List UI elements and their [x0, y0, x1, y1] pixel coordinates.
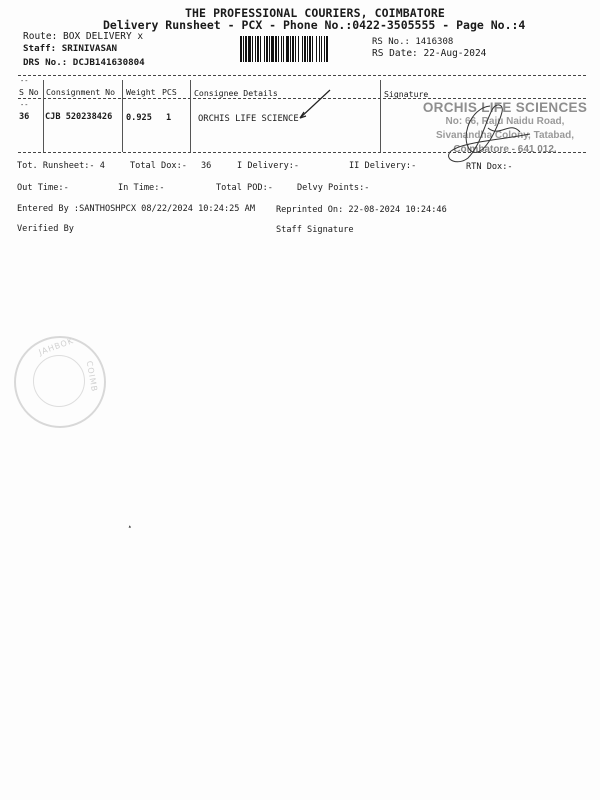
total-pod: Total POD:- — [216, 183, 273, 193]
handwritten-arrow-icon — [290, 86, 340, 126]
cell-pcs: 1 — [166, 113, 171, 123]
seal-text: COIMB — [85, 360, 99, 393]
column-line — [43, 80, 44, 152]
reprinted-on: Reprinted On: 22-08-2024 10:24:46 — [276, 205, 447, 215]
column-line — [190, 80, 191, 152]
staff-signature: Staff Signature — [276, 225, 354, 235]
cell-consignment-no: CJB 520238426 — [45, 112, 112, 122]
tot-runsheet: Tot. Runsheet:- 4 — [17, 161, 105, 171]
barcode-icon — [240, 36, 328, 62]
entered-by: Entered By :SANTHOSHPCX 08/22/2024 10:24… — [17, 204, 255, 214]
drs-number: DRS No.: DCJB141630804 — [23, 57, 145, 68]
column-line — [122, 80, 123, 152]
col-header-consignee: Consignee Details — [194, 88, 278, 98]
route-label: Route: BOX DELIVERY x — [23, 31, 143, 42]
out-time: Out Time:- — [17, 183, 69, 193]
col-header-pcs: PCS — [162, 87, 177, 97]
in-time: In Time:- — [118, 183, 165, 193]
cell-sno: 36 — [19, 112, 29, 122]
total-dox-label: Total Dox:- — [130, 161, 187, 171]
faint-seal-icon: JAHBOK COIMB — [14, 336, 106, 428]
table-bottom-divider — [18, 152, 586, 153]
rtn-dox: RTN Dox:- — [466, 162, 513, 172]
runsheet-subtitle: Delivery Runsheet - PCX - Phone No.:0422… — [103, 18, 525, 32]
column-line — [380, 80, 381, 152]
rs-date: RS Date: 22-Aug-2024 — [372, 48, 486, 59]
total-dox-value: 36 — [201, 161, 211, 171]
verified-by: Verified By — [17, 224, 74, 234]
col-header-consignment: Consignment No — [46, 87, 115, 97]
col-header-sno: S No — [19, 87, 39, 97]
signature-scribble-icon — [430, 98, 550, 168]
i-delivery: I Delivery:- — [237, 161, 299, 171]
ii-delivery: II Delivery:- — [349, 161, 416, 171]
delvy-points: Delvy Points:- — [297, 183, 369, 193]
col-header-weight: Weight — [126, 87, 156, 97]
divider-mark: -- — [20, 101, 28, 109]
divider-mark: -- — [20, 77, 28, 85]
seal-text: JAHBOK — [38, 336, 75, 357]
speck: ▴ — [128, 523, 132, 530]
cell-weight: 0.925 — [126, 113, 152, 123]
rs-number: RS No.: 1416308 — [372, 37, 453, 47]
divider — [18, 75, 586, 76]
staff-label: Staff: SRINIVASAN — [23, 43, 117, 54]
cell-consignee: ORCHIS LIFE SCIENCE — [198, 114, 299, 124]
